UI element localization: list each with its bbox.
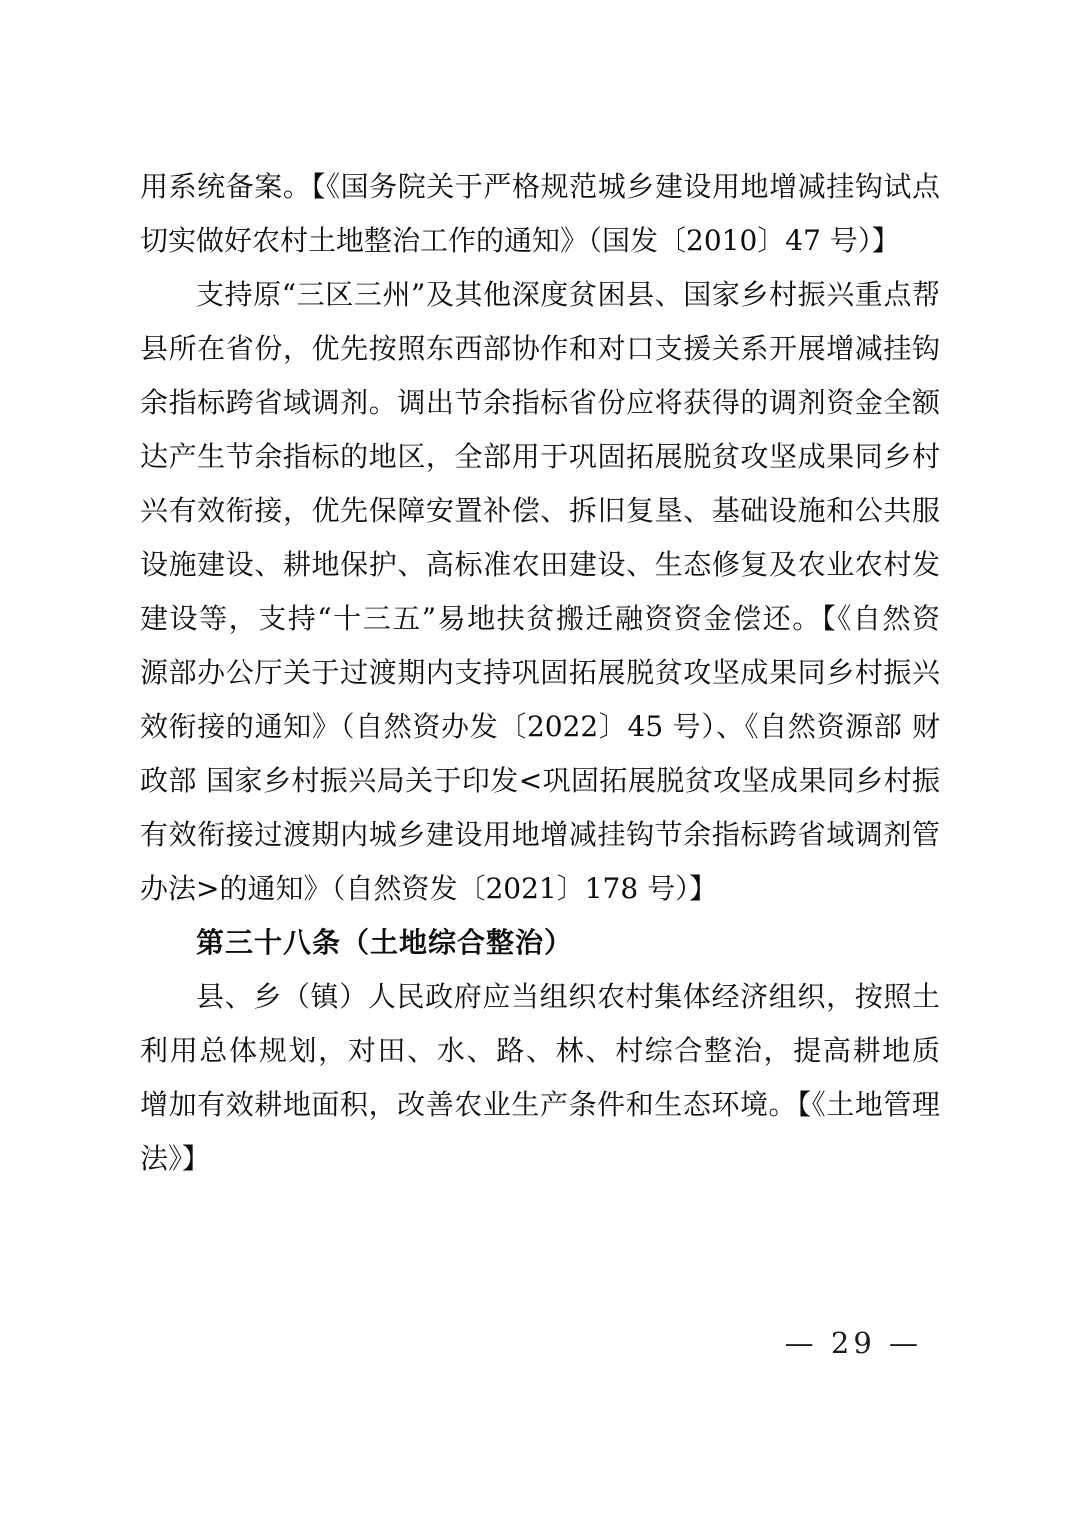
- body-line: 利用总体规划，对田、水、路、林、村综合整治，提高耕地质量，: [140, 1024, 940, 1078]
- body-line: 切实做好农村土地整治工作的通知》（国发〔2010〕47 号）】: [140, 214, 940, 268]
- body-line: 法》】: [140, 1132, 940, 1186]
- article-heading: 第三十八条（土地综合整治）: [140, 916, 940, 970]
- body-line: 源部办公厅关于过渡期内支持巩固拓展脱贫攻坚成果同乡村振兴有: [140, 646, 940, 700]
- body-line: 县、乡（镇）人民政府应当组织农村集体经济组织，按照土地: [140, 970, 940, 1024]
- body-line: 办法>的通知》（自然资发〔2021〕178 号）】: [140, 862, 940, 916]
- body-line: 增加有效耕地面积，改善农业生产条件和生态环境。【《土地管理: [140, 1078, 940, 1132]
- body-line: 有效衔接过渡期内城乡建设用地增减挂钩节余指标跨省域调剂管理: [140, 808, 940, 862]
- page-number: — 29 —: [785, 1325, 922, 1361]
- body-line: 兴有效衔接，优先保障安置补偿、拆旧复垦、基础设施和公共服务: [140, 484, 940, 538]
- document-page: 用系统备案。【《国务院关于严格规范城乡建设用地增减挂钩试点 切实做好农村土地整治…: [0, 0, 1080, 1527]
- document-body: 用系统备案。【《国务院关于严格规范城乡建设用地增减挂钩试点 切实做好农村土地整治…: [140, 160, 940, 1186]
- body-line: 设施建设、耕地保护、高标准农田建设、生态修复及农业农村发展: [140, 538, 940, 592]
- body-line: 县所在省份，优先按照东西部协作和对口支援关系开展增减挂钩节: [140, 322, 940, 376]
- body-line: 支持原“三区三州”及其他深度贫困县、国家乡村振兴重点帮扶: [140, 268, 940, 322]
- body-line: 用系统备案。【《国务院关于严格规范城乡建设用地增减挂钩试点: [140, 160, 940, 214]
- body-line: 达产生节余指标的地区，全部用于巩固拓展脱贫攻坚成果同乡村振: [140, 430, 940, 484]
- body-line: 政部 国家乡村振兴局关于印发<巩固拓展脱贫攻坚成果同乡村振兴: [140, 754, 940, 808]
- body-line: 建设等，支持“十三五”易地扶贫搬迁融资资金偿还。【《自然资: [140, 592, 940, 646]
- body-line: 余指标跨省域调剂。调出节余指标省份应将获得的调剂资金全额下: [140, 376, 940, 430]
- body-line: 效衔接的通知》（自然资办发〔2022〕45 号）、《自然资源部 财: [140, 700, 940, 754]
